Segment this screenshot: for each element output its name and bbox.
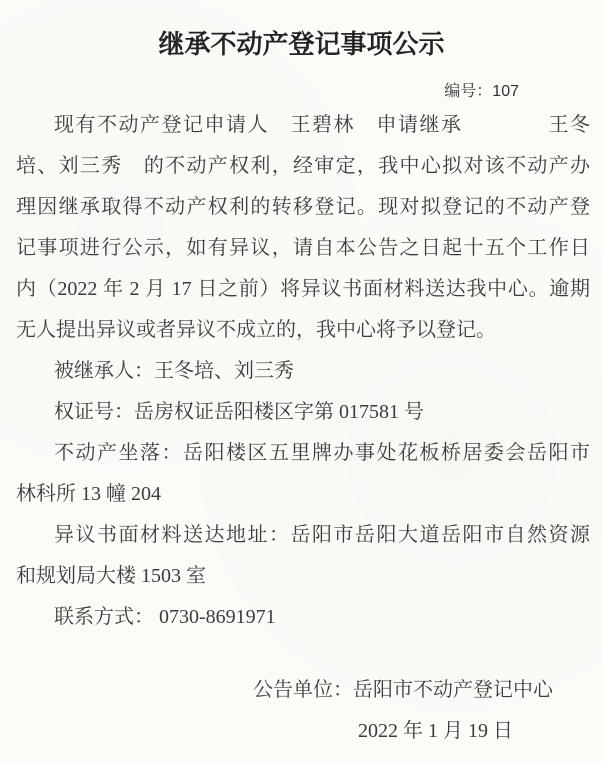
objection-address-line-2: 和规划局大楼 1503 室 [16,556,590,597]
notice-paragraph-line-5: 内（2022 年 2 月 17 日之前）将异议书面材料送达我中心。逾期 [16,269,590,310]
decedents-line: 被继承人：王冬培、刘三秀 [16,351,590,392]
doc-number: 编号：107 [0,83,603,101]
contact-line: 联系方式： 0730-8691971 [16,597,590,638]
notice-paragraph-line-3: 理因继承取得不动产权利的转移登记。现对拟登记的不动产登 [16,187,590,228]
notice-footer: 公告单位：岳阳市不动产登记中心 2022 年 1 月 19 日 [0,670,603,752]
notice-paragraph-line-6: 无人提出异议或者异议不成立的，我中心将予以登记。 [16,310,590,351]
notice-body: 现有不动产登记申请人 王碧林 申请继承 王冬 培、刘三秀 的不动产权利，经审定，… [0,105,603,638]
certificate-number-line: 权证号：岳房权证岳阳楼区字第 017581 号 [16,392,590,433]
issuer-line: 公告单位：岳阳市不动产登记中心 [0,670,603,711]
notice-paragraph-line-2: 培、刘三秀 的不动产权利，经审定，我中心拟对该不动产办 [16,146,590,187]
issue-date: 2022 年 1 月 19 日 [0,711,603,752]
notice-title: 继承不动产登记事项公示 [0,0,603,60]
notice-paragraph-line-4: 记事项进行公示，如有异议，请自本公告之日起十五个工作日 [16,228,590,269]
notice-document: 继承不动产登记事项公示 编号：107 现有不动产登记申请人 王碧林 申请继承 王… [0,0,603,763]
property-location-line-2: 林科所 13 幢 204 [16,474,590,515]
objection-address-line-1: 异议书面材料送达地址：岳阳市岳阳大道岳阳市自然资源 [16,515,590,556]
property-location-line-1: 不动产坐落：岳阳楼区五里牌办事处花板桥居委会岳阳市 [16,433,590,474]
applicant-line: 现有不动产登记申请人 王碧林 申请继承 王冬 [16,105,590,146]
